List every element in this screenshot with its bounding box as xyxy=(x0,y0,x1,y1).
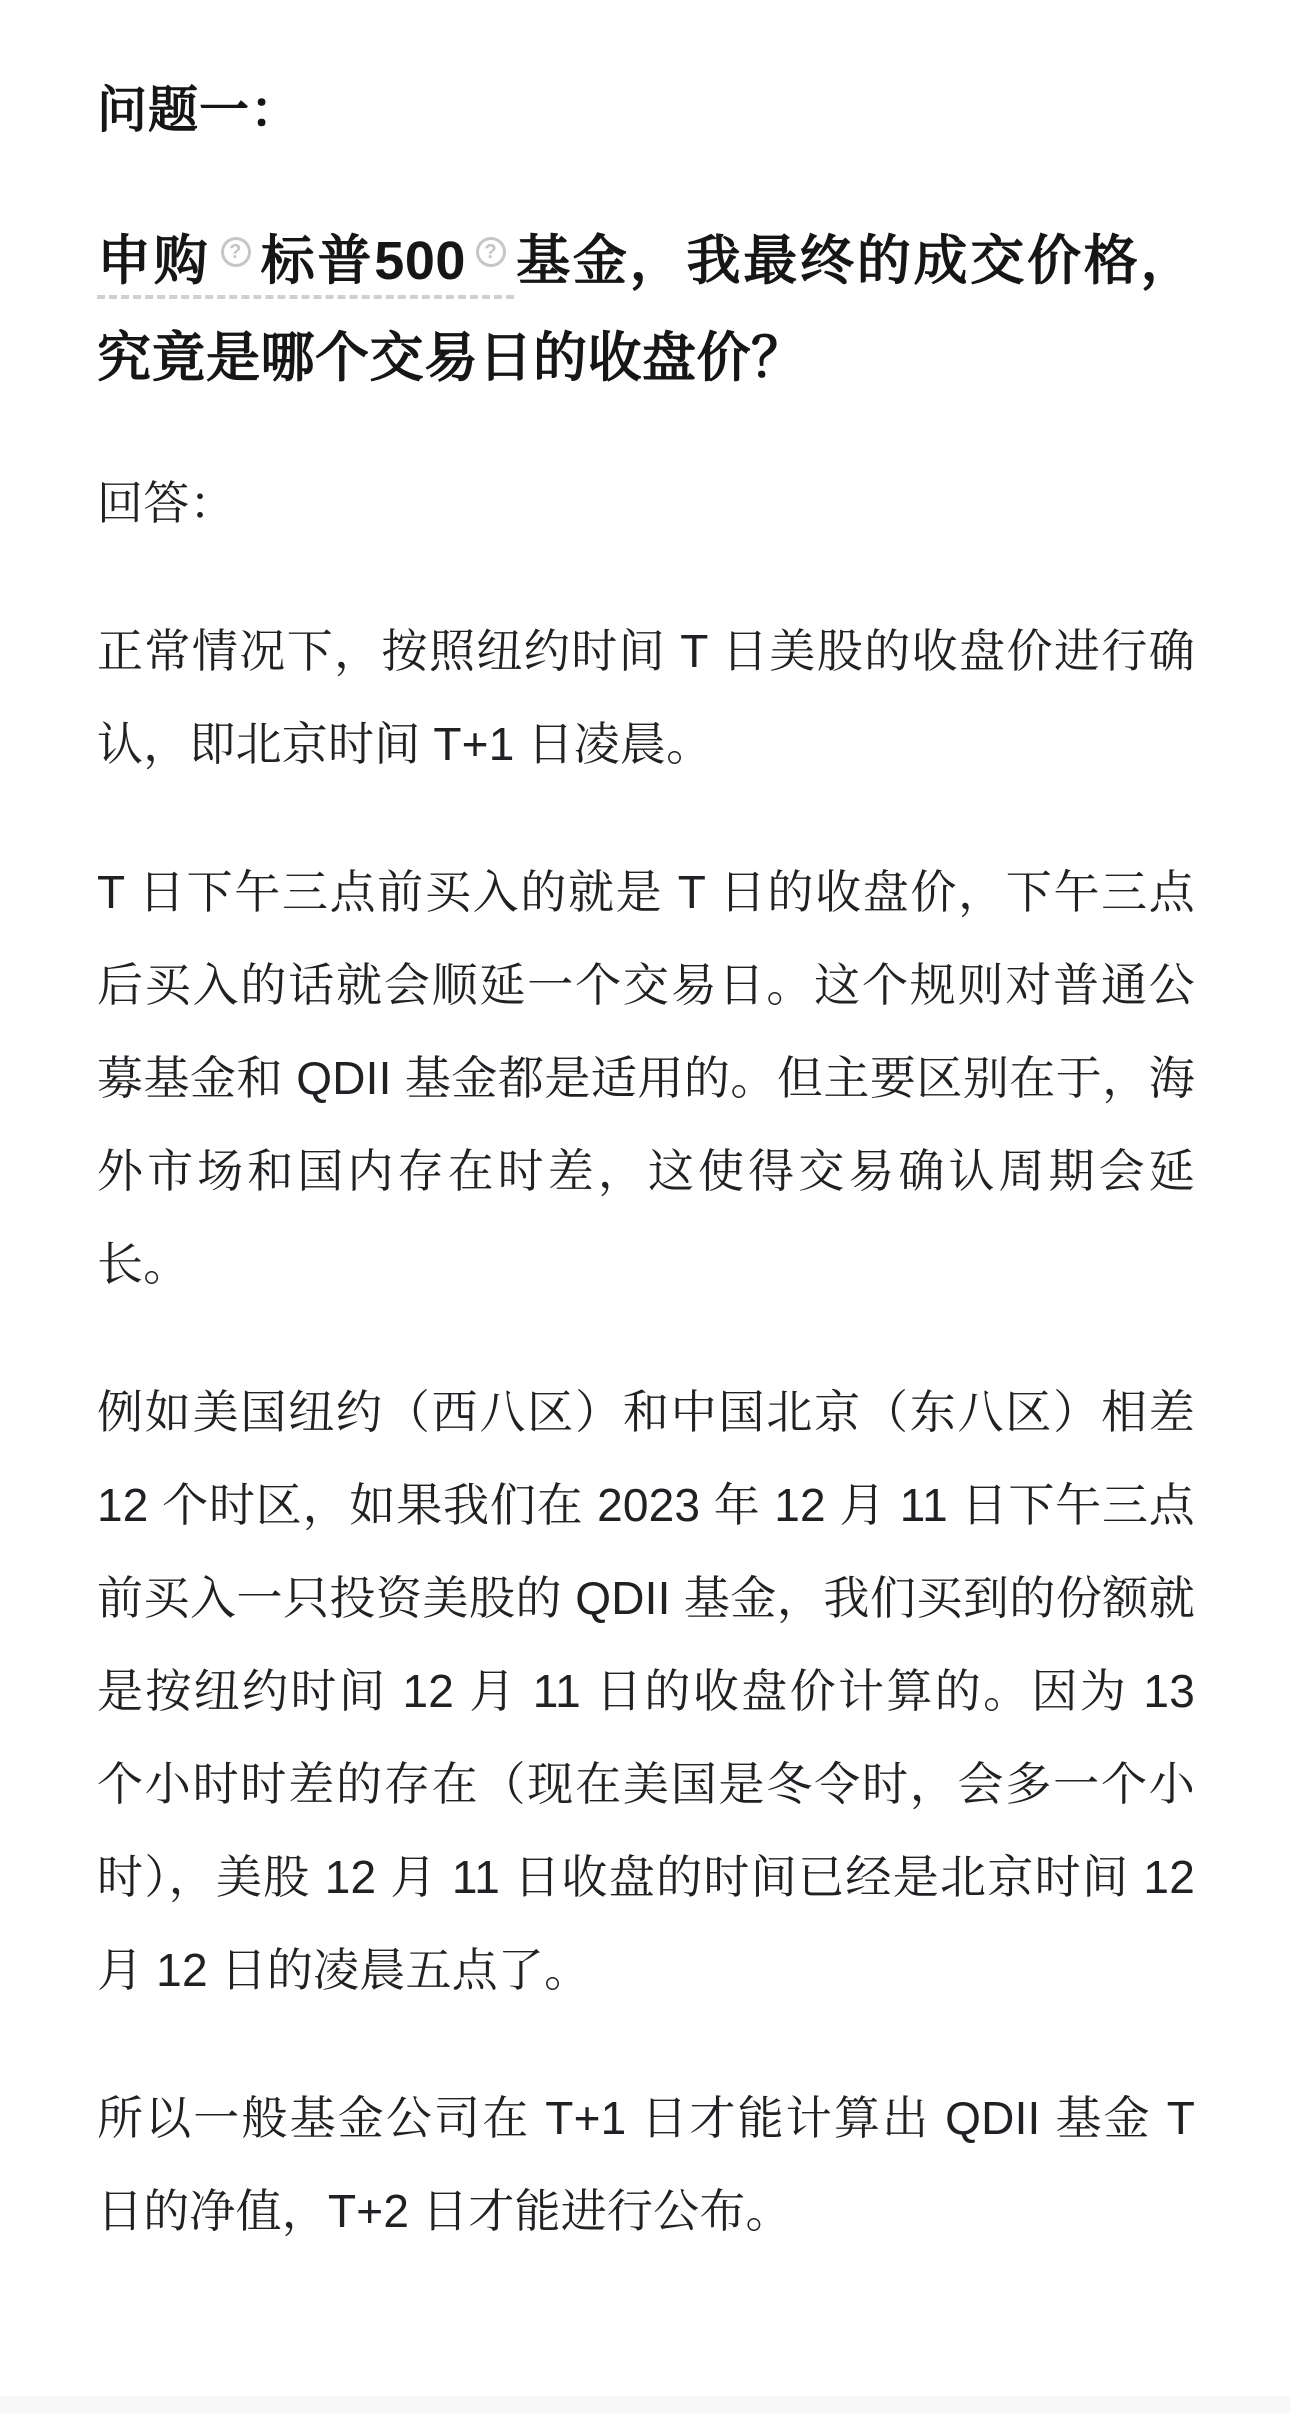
help-question-icon[interactable]: ? xyxy=(476,237,506,267)
answer-paragraph-2: T 日下午三点前买入的就是 T 日的收盘价，下午三点后买入的话就会顺延一个交易日… xyxy=(97,846,1195,1311)
question-mark-glyph: ? xyxy=(479,240,503,264)
answer-paragraph-3: 例如美国纽约（西八区）和中国北京（东八区）相差 12 个时区，如果我们在 202… xyxy=(97,1366,1195,2017)
term-subscribe[interactable]: 申购 xyxy=(97,231,211,291)
question-title-linked-terms[interactable]: 申购?标普500? xyxy=(97,231,514,299)
help-question-icon[interactable]: ? xyxy=(221,237,251,267)
question-mark-glyph: ? xyxy=(224,240,248,264)
question-kicker: 问题一： xyxy=(97,75,1195,145)
article-content: 问题一： 申购?标普500?基金，我最终的成交价格，究竟是哪个交易日的收盘价？ … xyxy=(0,0,1290,2258)
answer-paragraph-1: 正常情况下，按照纽约时间 T 日美股的收盘价进行确认，即北京时间 T+1 日凌晨… xyxy=(97,605,1195,791)
term-sp500[interactable]: 标普500 xyxy=(259,231,466,291)
bottom-sheet-edge xyxy=(0,2396,1290,2413)
question-title: 申购?标普500?基金，我最终的成交价格，究竟是哪个交易日的收盘价？ xyxy=(97,213,1195,407)
answer-paragraph-4: 所以一般基金公司在 T+1 日才能计算出 QDII 基金 T 日的净值，T+2 … xyxy=(97,2072,1195,2258)
answer-label: 回答： xyxy=(97,457,1195,550)
article-page: 问题一： 申购?标普500?基金，我最终的成交价格，究竟是哪个交易日的收盘价？ … xyxy=(0,0,1290,2413)
